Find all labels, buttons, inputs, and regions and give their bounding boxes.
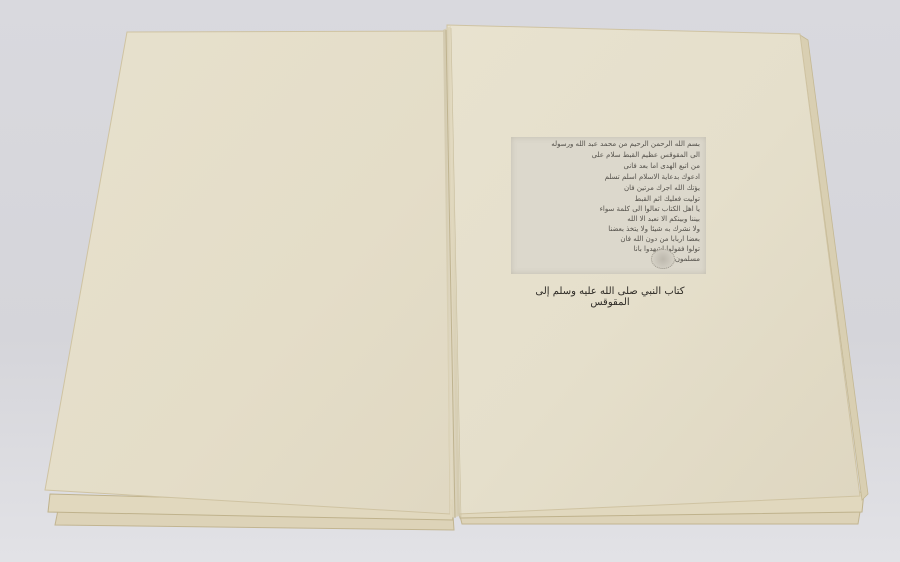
manuscript-line: من اتبع الهدى اما بعد فانى <box>517 161 700 172</box>
open-booklet <box>0 0 900 562</box>
manuscript-line: الى المقوقس عظيم القبط سلام على <box>517 150 700 161</box>
manuscript-line: يؤتك الله اجرك مرتين فان <box>517 183 700 194</box>
manuscript-line: بسم الله الرحمن الرحيم من محمد عبد الله … <box>517 139 700 150</box>
manuscript-line: ادعوك بدعاية الاسلام اسلم تسلم <box>517 172 700 183</box>
photo-scene: بسم الله الرحمن الرحيم من محمد عبد الله … <box>0 0 900 562</box>
manuscript-facsimile-plate: بسم الله الرحمن الرحيم من محمد عبد الله … <box>511 137 706 274</box>
seal-stamp-icon <box>651 249 675 269</box>
left-page <box>45 31 450 514</box>
plate-caption: كتاب النبي صلى الله عليه وسلم إلى المقوق… <box>520 286 700 306</box>
